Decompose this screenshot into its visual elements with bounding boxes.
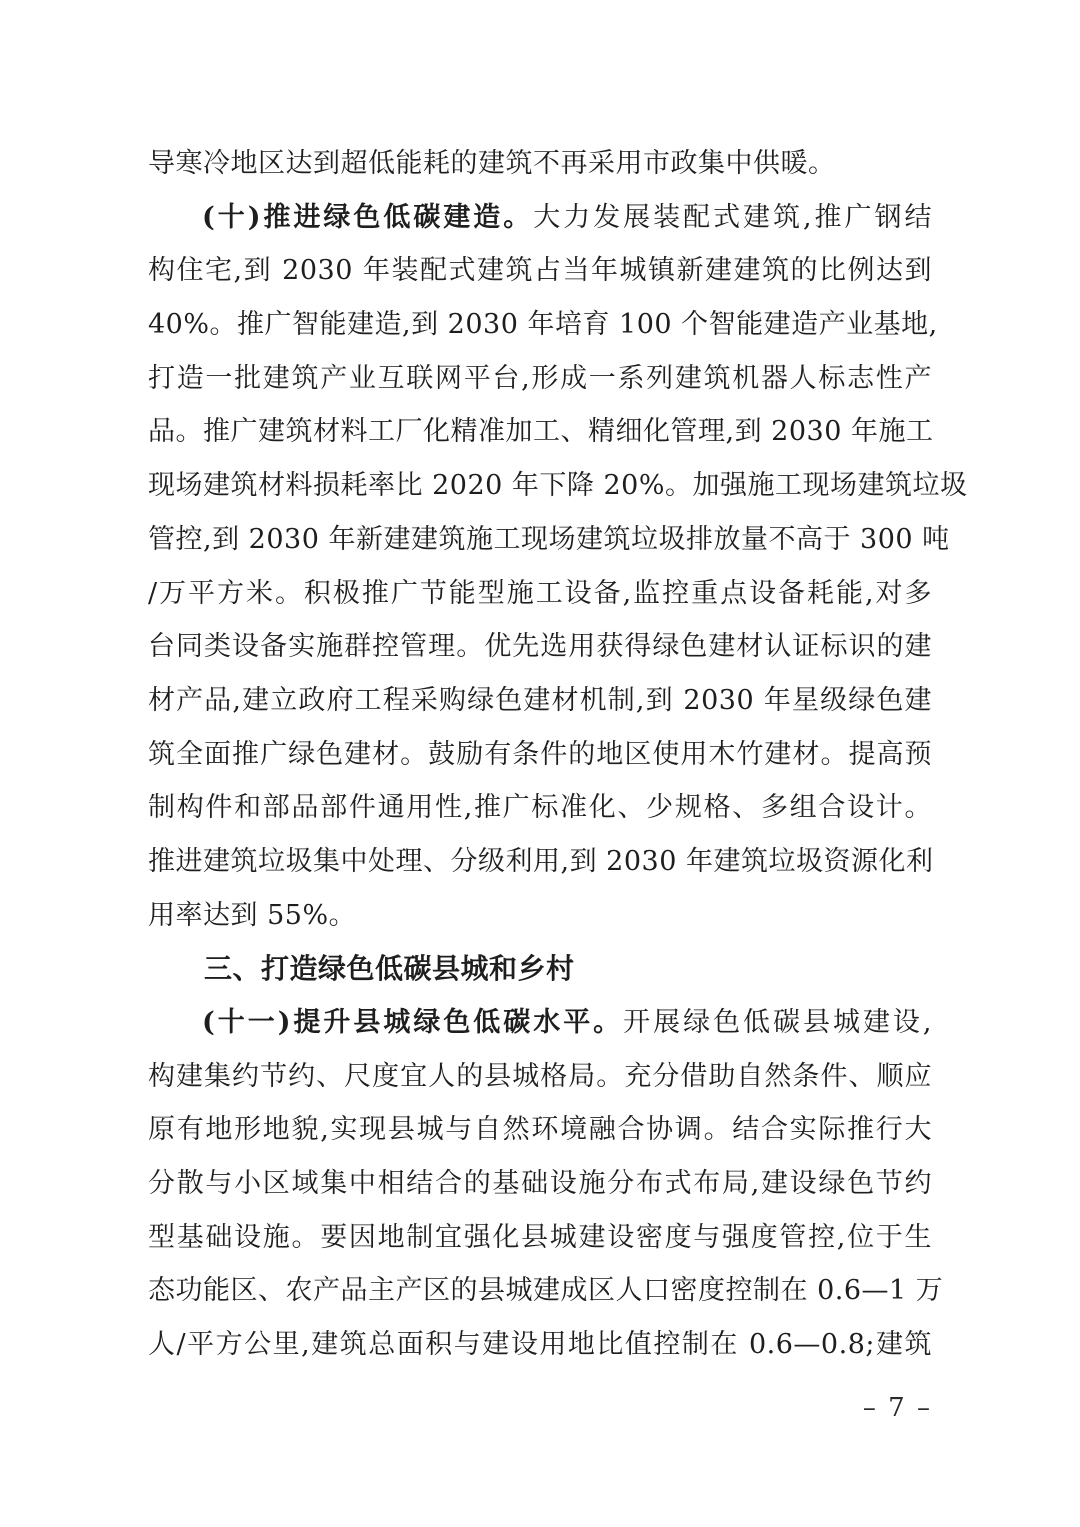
doc-line: 台同类设备实施群控管理。优先选用获得绿色建材认证标识的建 [148,620,932,674]
paragraph-11-lead: (十一)提升县城绿色低碳水平。 [202,1007,623,1038]
doc-line: 构住宅,到 2030 年装配式建筑占当年城镇新建建筑的比例达到 [148,244,932,298]
doc-line: 制构件和部品部件通用性,推广标准化、少规格、多组合设计。 [148,781,932,835]
doc-line: 40%。推广智能建造,到 2030 年培育 100 个智能建造产业基地, [148,298,932,352]
doc-line: 人/平方公里,建筑总面积与建设用地比值控制在 0.6—0.8;建筑 [148,1318,932,1372]
doc-line-paragraph-10-start: (十)推进绿色低碳建造。大力发展装配式建筑,推广钢结 [148,191,932,245]
doc-line: 管控,到 2030 年新建建筑施工现场建筑垃圾排放量不高于 300 吨 [148,513,932,567]
document-page: 导寒冷地区达到超低能耗的建筑不再采用市政集中供暖。 (十)推进绿色低碳建造。大力… [0,0,1080,1527]
doc-line: 材产品,建立政府工程采购绿色建材机制,到 2030 年星级绿色建 [148,674,932,728]
doc-line: 导寒冷地区达到超低能耗的建筑不再采用市政集中供暖。 [148,137,932,191]
paragraph-10-lead: (十)推进绿色低碳建造。 [202,202,533,233]
page-number: – 7 – [148,1393,932,1423]
section-3-heading: 三、打造绿色低碳县城和乡村 [148,942,932,996]
doc-line: /万平方米。积极推广节能型施工设备,监控重点设备耗能,对多 [148,567,932,621]
doc-line-paragraph-10-end: 用率达到 55%。 [148,889,932,943]
doc-line: 现场建筑材料损耗率比 2020 年下降 20%。加强施工现场建筑垃圾 [148,459,932,513]
doc-line: 型基础设施。要因地制宜强化县城建设密度与强度管控,位于生 [148,1211,932,1265]
paragraph-10-rest: 大力发展装配式建筑,推广钢结 [533,202,932,233]
doc-line: 原有地形地貌,实现县城与自然环境融合协调。结合实际推行大 [148,1103,932,1157]
doc-line: 筑全面推广绿色建材。鼓励有条件的地区使用木竹建材。提高预 [148,728,932,782]
doc-line: 推进建筑垃圾集中处理、分级利用,到 2030 年建筑垃圾资源化利 [148,835,932,889]
doc-line: 构建集约节约、尺度宜人的县城格局。充分借助自然条件、顺应 [148,1050,932,1104]
doc-line: 态功能区、农产品主产区的县城建成区人口密度控制在 0.6—1 万 [148,1264,932,1318]
doc-line: 分散与小区域集中相结合的基础设施分布式布局,建设绿色节约 [148,1157,932,1211]
document-text-block: 导寒冷地区达到超低能耗的建筑不再采用市政集中供暖。 (十)推进绿色低碳建造。大力… [148,137,932,1372]
doc-line: 打造一批建筑产业互联网平台,形成一系列建筑机器人标志性产 [148,352,932,406]
doc-line-paragraph-11-start: (十一)提升县城绿色低碳水平。开展绿色低碳县城建设, [148,996,932,1050]
doc-line: 品。推广建筑材料工厂化精准加工、精细化管理,到 2030 年施工 [148,405,932,459]
paragraph-11-rest: 开展绿色低碳县城建设, [623,1007,932,1038]
